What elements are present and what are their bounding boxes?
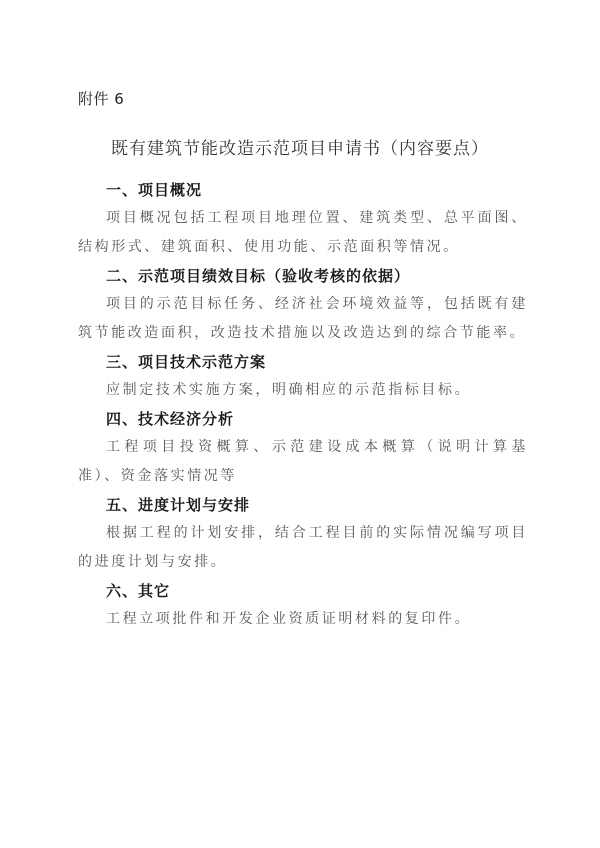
section-body: 工程项目投资概算、示范建设成本概算（说明计算基准）、资金落实情况等	[78, 433, 528, 491]
section-heading: 四、技术经济分析	[78, 405, 528, 433]
section-body: 工程立项批件和开发企业资质证明材料的复印件。	[78, 605, 528, 634]
document-content: 一、项目概况 项目概况包括工程项目地理位置、建筑类型、总平面图、结构形式、建筑面…	[78, 176, 528, 634]
section-overview: 一、项目概况 项目概况包括工程项目地理位置、建筑类型、总平面图、结构形式、建筑面…	[78, 176, 528, 262]
document-title: 既有建筑节能改造示范项目申请书（内容要点）	[78, 134, 522, 159]
section-heading: 二、示范项目绩效目标（验收考核的依据）	[78, 262, 528, 290]
section-schedule: 五、进度计划与安排 根据工程的计划安排，结合工程目前的实际情况编写项目的进度计划…	[78, 491, 528, 577]
section-body: 应制定技术实施方案，明确相应的示范指标目标。	[78, 376, 528, 405]
section-other: 六、其它 工程立项批件和开发企业资质证明材料的复印件。	[78, 577, 528, 634]
section-body: 项目概况包括工程项目地理位置、建筑类型、总平面图、结构形式、建筑面积、使用功能、…	[78, 204, 528, 262]
document-page: 附件 6 既有建筑节能改造示范项目申请书（内容要点） 一、项目概况 项目概况包括…	[0, 0, 600, 848]
annex-label: 附件 6	[78, 88, 124, 109]
section-performance-goals: 二、示范项目绩效目标（验收考核的依据） 项目的示范目标任务、经济社会环境效益等，…	[78, 262, 528, 348]
section-heading: 一、项目概况	[78, 176, 528, 204]
section-economic-analysis: 四、技术经济分析 工程项目投资概算、示范建设成本概算（说明计算基准）、资金落实情…	[78, 405, 528, 491]
section-technical-plan: 三、项目技术示范方案 应制定技术实施方案，明确相应的示范指标目标。	[78, 348, 528, 405]
section-heading: 三、项目技术示范方案	[78, 348, 528, 376]
section-body: 项目的示范目标任务、经济社会环境效益等，包括既有建筑节能改造面积，改造技术措施以…	[78, 290, 528, 348]
section-heading: 六、其它	[78, 577, 528, 605]
section-heading: 五、进度计划与安排	[78, 491, 528, 519]
section-body: 根据工程的计划安排，结合工程目前的实际情况编写项目的进度计划与安排。	[78, 519, 528, 577]
